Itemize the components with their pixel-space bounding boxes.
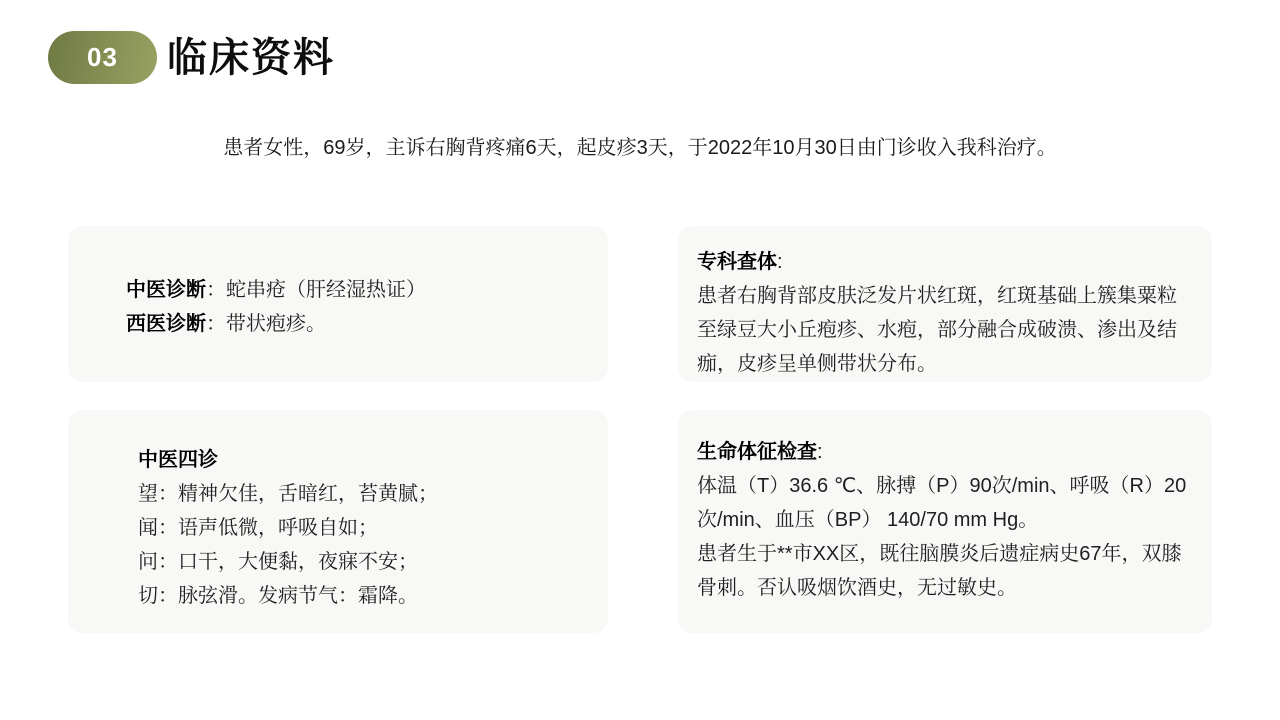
specialist-exam-heading-line: 专科查体: [697, 245, 1192, 279]
specialist-exam-colon: : [777, 251, 783, 273]
section-number: 03 [87, 42, 118, 73]
vital-signs-colon: : [817, 441, 823, 463]
presentation-slide: 03 临床资料 患者女性，69岁，主诉右胸背疼痛6天，起皮疹3天，于2022年1… [0, 0, 1280, 720]
specialist-exam-card: 专科查体: 患者右胸背部皮肤泛发片状红斑，红斑基础上簇集粟粒至绿豆大小丘疱疹、水… [678, 226, 1212, 382]
inquiry-line: 问：口干，大便黏，夜寐不安； [138, 545, 588, 579]
listening-line: 闻：语声低微，呼吸自如； [138, 511, 588, 545]
tcm-diagnosis-label: 中医诊断 [126, 279, 206, 301]
tcm-diagnosis-line: 中医诊断：蛇串疮（肝经湿热证） [126, 273, 608, 307]
intro-text: 患者女性，69岁，主诉右胸背疼痛6天，起皮疹3天，于2022年10月30日由门诊… [0, 134, 1280, 162]
four-examinations-heading: 中医四诊 [138, 443, 588, 477]
diagnosis-card: 中医诊断：蛇串疮（肝经湿热证） 西医诊断：带状疱疹。 [68, 226, 608, 382]
specialist-exam-body: 患者右胸背部皮肤泛发片状红斑，红斑基础上簇集粟粒至绿豆大小丘疱疹、水疱，部分融合… [697, 279, 1192, 381]
vital-signs-heading-line: 生命体征检查: [697, 435, 1194, 469]
specialist-exam-heading: 专科查体 [697, 251, 777, 273]
tcm-diagnosis-value: ：蛇串疮（肝经湿热证） [206, 279, 426, 301]
western-diagnosis-line: 西医诊断：带状疱疹。 [126, 307, 608, 341]
four-examinations-heading-text: 中医四诊 [138, 449, 218, 471]
patient-history: 患者生于**市XX区，既往脑膜炎后遗症病史67年，双膝骨刺。否认吸烟饮酒史，无过… [697, 537, 1194, 605]
western-diagnosis-value: ：带状疱疹。 [206, 313, 326, 335]
vital-signs-card: 生命体征检查: 体温（T）36.6 ℃、脉搏（P）90次/min、呼吸（R）20… [678, 410, 1212, 633]
vital-signs-values: 体温（T）36.6 ℃、脉搏（P）90次/min、呼吸（R）20次/min、血压… [697, 469, 1194, 537]
inspection-line: 望：精神欠佳，舌暗红，苔黄腻； [138, 477, 588, 511]
section-number-badge: 03 [48, 31, 157, 84]
page-title: 临床资料 [167, 36, 335, 80]
vital-signs-heading: 生命体征检查 [697, 441, 817, 463]
four-examinations-card: 中医四诊 望：精神欠佳，舌暗红，苔黄腻； 闻：语声低微，呼吸自如； 问：口干，大… [68, 410, 608, 633]
western-diagnosis-label: 西医诊断 [126, 313, 206, 335]
palpation-line: 切：脉弦滑。发病节气：霜降。 [138, 579, 588, 613]
